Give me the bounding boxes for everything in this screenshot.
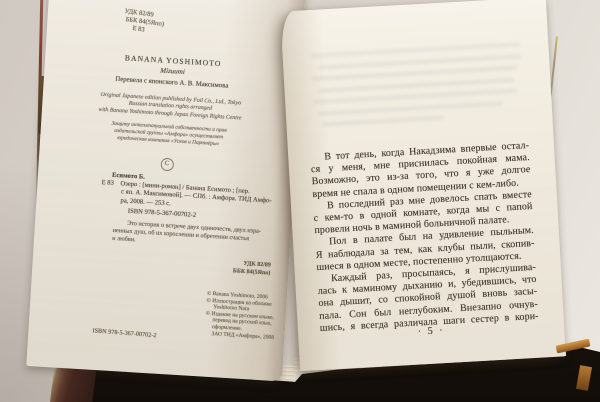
showthrough-line <box>323 116 445 127</box>
isbn-bottom: ISBN 978-5-367-00702-2 <box>92 327 156 339</box>
body-text: В тот день, когда Накадзима впервые оста… <box>310 140 539 335</box>
catalog-card: Есимото Б. Е 83 Озеро : [мини-роман] / Б… <box>98 171 290 254</box>
page-showthrough <box>311 42 525 134</box>
copyright-block: © Banana Yoshimoto, 2006 © Иллюстрация н… <box>204 291 276 341</box>
classification-codes-bottom: УДК 82/89 ББК 84(5Япо) <box>233 260 271 277</box>
photo-open-book: УДК 82/89 ББК 84(5Япо) Е 83 BANANA YOSHI… <box>0 0 600 402</box>
bbk-code-bottom: ББК 84(5Япо) <box>233 268 271 278</box>
left-page: УДК 82/89 ББК 84(5Япо) Е 83 BANANA YOSHI… <box>26 0 305 381</box>
classification-codes: УДК 82/89 ББК 84(5Япо) Е 83 <box>122 8 165 37</box>
right-page: В тот день, когда Накадзима впервые оста… <box>280 0 566 371</box>
showthrough-line <box>318 101 503 115</box>
title-block: BANANA YOSHIMOTO Mizuumi Перевела с япон… <box>44 48 301 94</box>
emblem-glyph: С <box>160 158 174 172</box>
